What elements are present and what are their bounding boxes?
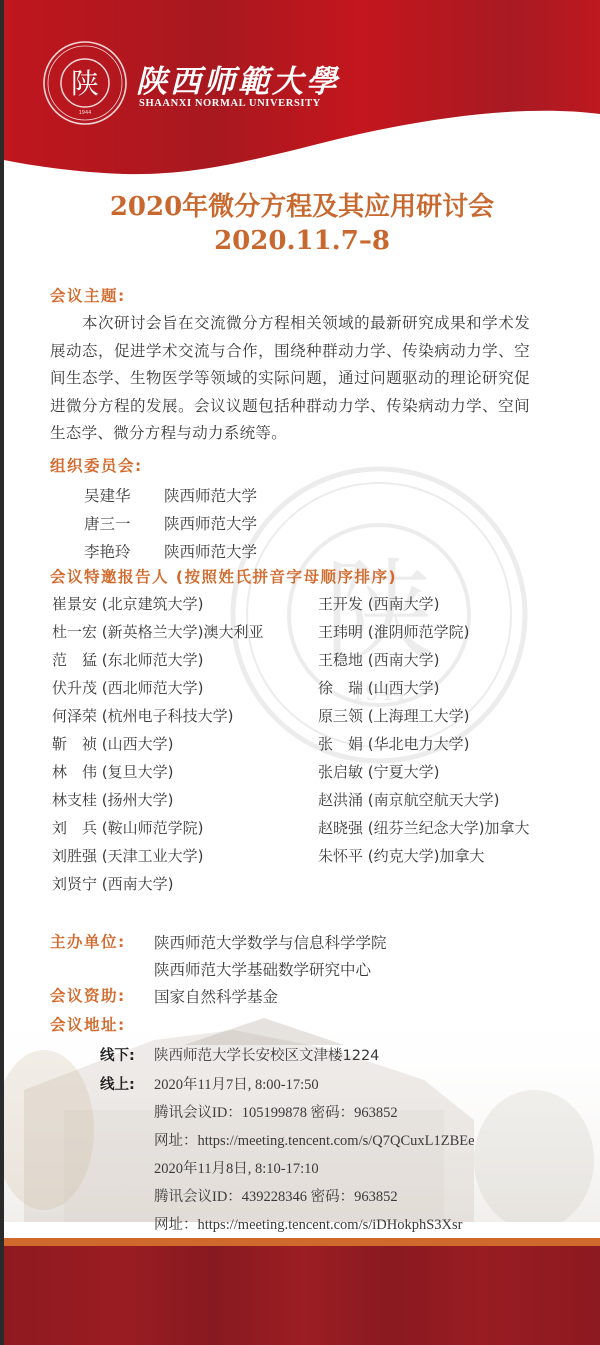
speaker-item: 范 猛 (东北师范大学) [52, 646, 263, 674]
funding-heading: 会议资助: [50, 984, 126, 1006]
svg-text:1944: 1944 [79, 110, 92, 116]
funding-value: 国家自然科学基金 [154, 985, 278, 1007]
committee-heading: 组织委员会: [50, 454, 143, 476]
online-day1-meeting-id: 腾讯会议ID：105199878 密码：963852 [154, 1101, 398, 1122]
online-day1-url[interactable]: 网址：https://meeting.tencent.com/s/Q7QCuxL… [154, 1129, 475, 1150]
university-name-cn: 陕西师範大學 [136, 56, 340, 101]
svg-text:陕: 陕 [71, 67, 99, 100]
footer-orange-stripe [4, 1238, 600, 1246]
speaker-item: 崔景安 (北京建筑大学) [52, 590, 263, 618]
speaker-item: 赵晓强 (纽芬兰纪念大学)加拿大 [318, 814, 529, 842]
university-seal-logo: 陕 1944 [42, 40, 128, 126]
theme-paragraph: 本次研讨会旨在交流微分方程相关领域的最新研究成果和学术发展动态，促进学术交流与合… [50, 310, 530, 448]
speakers-heading: 会议特邀报告人 (按照姓氏拼音字母顺序排序) [50, 565, 397, 587]
speaker-item: 王玮明 (淮阴师范学院) [318, 618, 529, 646]
speaker-item: 王开发 (西南大学) [318, 590, 529, 618]
speaker-item: 伏升茂 (西北师范大学) [52, 674, 263, 702]
online-day2-url[interactable]: 网址：https://meeting.tencent.com/s/iDHokph… [154, 1213, 463, 1234]
committee-member: 唐三一 陕西师范大学 [84, 510, 257, 538]
speakers-left-column: 崔景安 (北京建筑大学) 杜一宏 (新英格兰大学)澳大利亚 范 猛 (东北师范大… [52, 590, 263, 898]
committee-member: 吴建华 陕西师范大学 [84, 482, 257, 510]
speaker-item: 原三领 (上海理工大学) [318, 702, 529, 730]
university-name-en: SHAANXI NORMAL UNIVERSITY [139, 98, 321, 109]
online-day1-time: 2020年11月7日, 8:00-17:50 [154, 1073, 319, 1094]
speaker-item: 林 伟 (复旦大学) [52, 758, 263, 786]
speaker-item: 张启敏 (宁夏大学) [318, 758, 529, 786]
speaker-item: 刘贤宁 (西南大学) [52, 870, 263, 898]
conference-poster: 陕 1944 陕西师範大學 SHAANXI NORMAL UNIVERSITY … [4, 0, 600, 1345]
speaker-item: 王稳地 (西南大学) [318, 646, 529, 674]
speaker-item: 靳 祯 (山西大学) [52, 730, 263, 758]
conference-date: 2020.11.7–8 [4, 226, 600, 256]
speaker-item: 刘 兵 (鞍山师范学院) [52, 814, 263, 842]
speaker-item: 何泽荣 (杭州电子科技大学) [52, 702, 263, 730]
online-label: 线上: [100, 1073, 135, 1094]
offline-address: 陕西师范大学长安校区文津楼1224 [154, 1044, 379, 1065]
host-unit: 陕西师范大学数学与信息科学学院 [154, 931, 387, 953]
online-day2-time: 2020年11月8日, 8:10-17:10 [154, 1157, 319, 1178]
host-unit: 陕西师范大学基础数学研究中心 [154, 958, 371, 980]
online-day2-meeting-id: 腾讯会议ID：439228346 密码：963852 [154, 1185, 398, 1206]
speaker-item: 赵洪涌 (南京航空航天大学) [318, 786, 529, 814]
speaker-item: 朱怀平 (约克大学)加拿大 [318, 842, 529, 870]
footer-red-band [4, 1246, 600, 1345]
speaker-item: 杜一宏 (新英格兰大学)澳大利亚 [52, 618, 263, 646]
speakers-right-column: 王开发 (西南大学) 王玮明 (淮阴师范学院) 王稳地 (西南大学) 徐 瑞 (… [318, 590, 529, 870]
committee-list: 吴建华 陕西师范大学 唐三一 陕西师范大学 李艳玲 陕西师范大学 [84, 482, 257, 566]
speaker-item: 张 娟 (华北电力大学) [318, 730, 529, 758]
host-heading: 主办单位: [50, 930, 126, 952]
theme-heading: 会议主题: [50, 284, 126, 306]
conference-title: 2020年微分方程及其应用研讨会 [4, 186, 600, 223]
address-heading: 会议地址: [50, 1013, 126, 1035]
speaker-item: 林支桂 (扬州大学) [52, 786, 263, 814]
speaker-item: 刘胜强 (天津工业大学) [52, 842, 263, 870]
offline-label: 线下: [100, 1044, 135, 1065]
committee-member: 李艳玲 陕西师范大学 [84, 538, 257, 566]
speaker-item: 徐 瑞 (山西大学) [318, 674, 529, 702]
